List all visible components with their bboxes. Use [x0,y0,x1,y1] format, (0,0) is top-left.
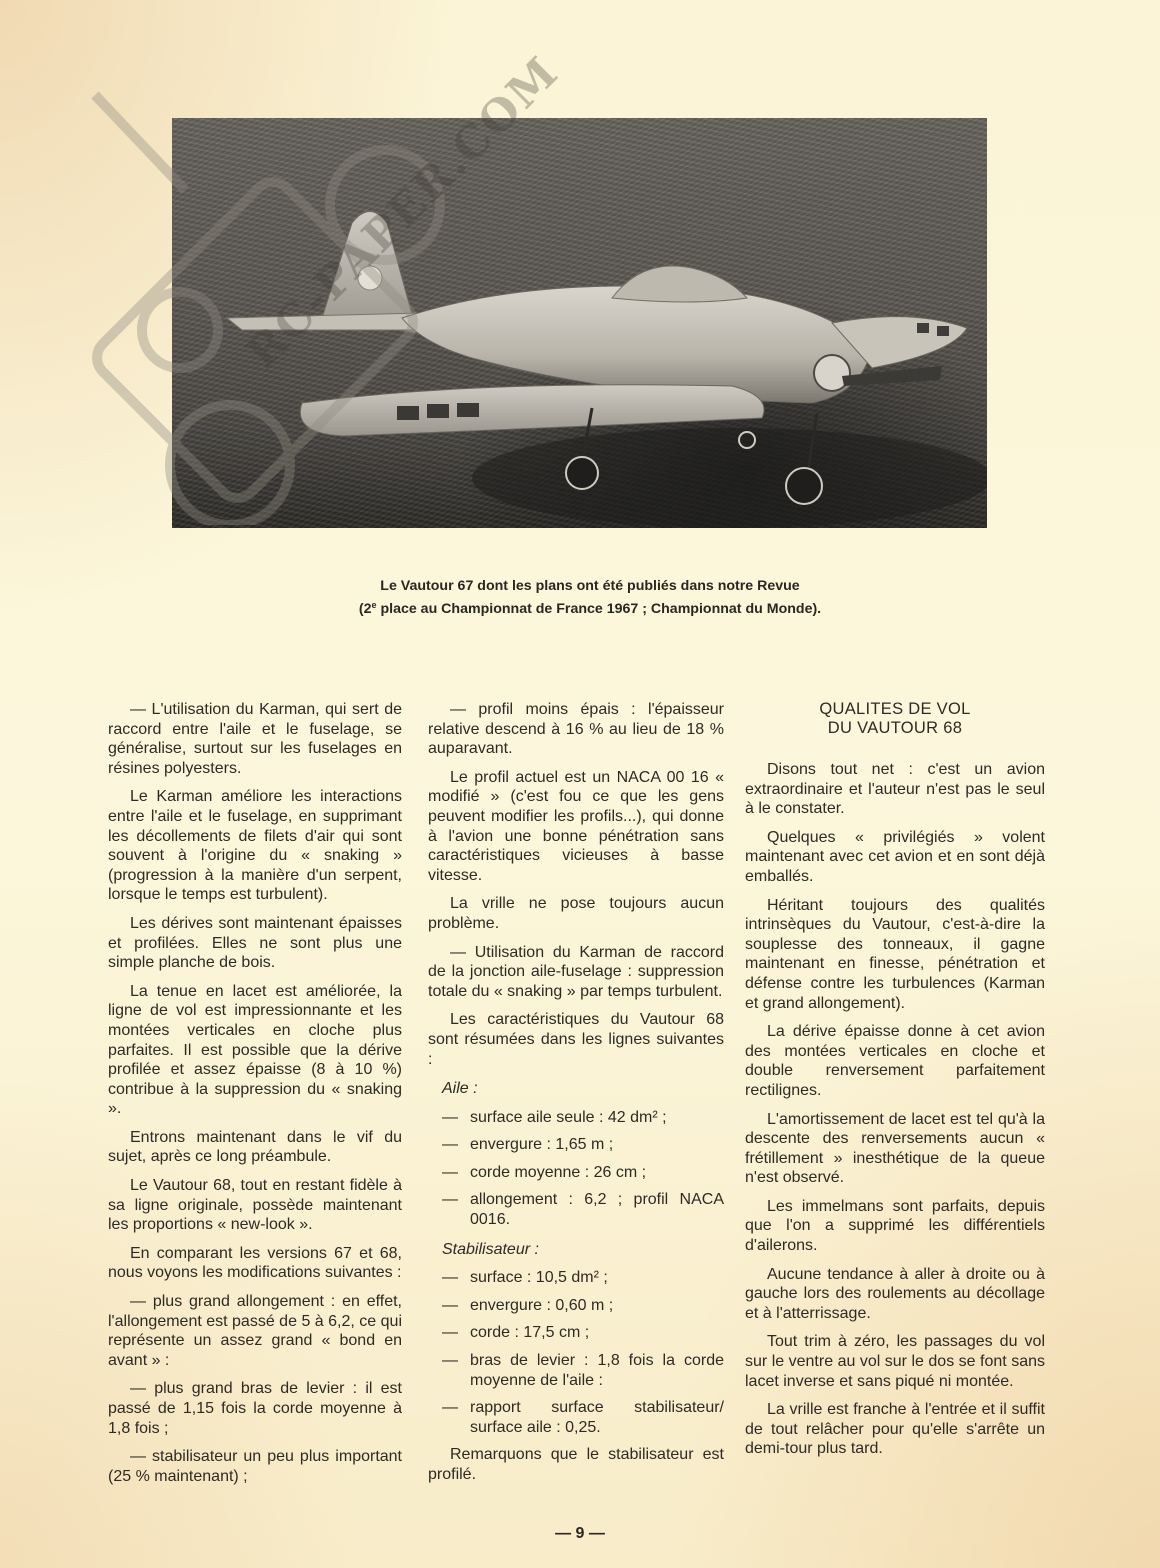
paragraph: Remarquons que le stabilisateur est prof… [428,1445,724,1484]
paragraph: La vrille ne pose toujours aucun problèm… [428,894,724,933]
caption-line-2: (2e place au Championnat de France 1967 … [280,596,900,619]
paragraph: — profil moins épais : l'épaisseur relat… [428,700,724,759]
section-heading: QUALITES DE VOL DU VAUTOUR 68 [745,700,1045,738]
paragraph: — stabilisateur un peu plus important (2… [108,1447,402,1486]
paragraph: Le Karman améliore les interactions entr… [108,787,402,905]
paragraph: L'amortissement de lacet est tel qu'à la… [745,1110,1045,1188]
spec-item: —rapport surface stabilisateur/ surface … [442,1398,724,1437]
wing-specs-heading: Aile : [442,1079,724,1099]
paragraph: — Utilisation du Karman de raccord de la… [428,943,724,1002]
paragraph: Entrons maintenant dans le vif du sujet,… [108,1128,402,1167]
paragraph: Disons tout net : c'est un avion extraor… [745,760,1045,819]
spec-item: —surface : 10,5 dm² ; [442,1268,724,1288]
spec-item: —envergure : 0,60 m ; [442,1296,724,1316]
stabilizer-specs-heading: Stabilisateur : [442,1240,724,1260]
spec-item: —allongement : 6,2 ; profil NACA 0016. [442,1190,724,1229]
paragraph: Quelques « privilégiés » volent maintena… [745,828,1045,887]
paragraph: La dérive épaisse donne à cet avion des … [745,1022,1045,1100]
paragraph: Tout trim à zéro, les passages du vol su… [745,1332,1045,1391]
article-column-2: — profil moins épais : l'épaisseur relat… [428,700,724,1494]
article-column-1: — L'utilisation du Karman, qui sert de r… [108,700,402,1495]
paragraph: Les dérives sont maintenant épaisses et … [108,914,402,973]
airplane-photo [172,118,987,528]
caption-line-1: Le Vautour 67 dont les plans ont été pub… [280,577,900,596]
paragraph: La tenue en lacet est améliorée, la lign… [108,982,402,1119]
airplane-illustration [172,118,987,528]
paragraph: Les caractéristiques du Vautour 68 sont … [428,1010,724,1069]
paragraph: La vrille est franche à l'entrée et il s… [745,1400,1045,1459]
photo-caption: Le Vautour 67 dont les plans ont été pub… [280,577,900,619]
paragraph: Héritant toujours des qualités intrinsèq… [745,896,1045,1014]
paragraph: — plus grand bras de levier : il est pas… [108,1379,402,1438]
spec-item: —surface aile seule : 42 dm² ; [442,1108,724,1128]
paragraph: — L'utilisation du Karman, qui sert de r… [108,700,402,778]
paragraph: Les immelmans sont parfaits, depuis que … [745,1197,1045,1256]
spec-item: —bras de levier : 1,8 fois la corde moye… [442,1351,724,1390]
paragraph: Le Vautour 68, tout en restant fidèle à … [108,1176,402,1235]
paragraph: — plus grand allongement : en effet, l'a… [108,1292,402,1370]
paragraph: En comparant les versions 67 et 68, nous… [108,1244,402,1283]
article-column-3: QUALITES DE VOL DU VAUTOUR 68 Disons tou… [745,700,1045,1468]
paragraph: Le profil actuel est un NACA 00 16 « mod… [428,768,724,886]
spec-item: —envergure : 1,65 m ; [442,1135,724,1155]
page-number: — 9 — [530,1525,630,1543]
paragraph: Aucune tendance à aller à droite ou à ga… [745,1265,1045,1324]
spec-item: —corde : 17,5 cm ; [442,1323,724,1343]
spec-item: —corde moyenne : 26 cm ; [442,1163,724,1183]
